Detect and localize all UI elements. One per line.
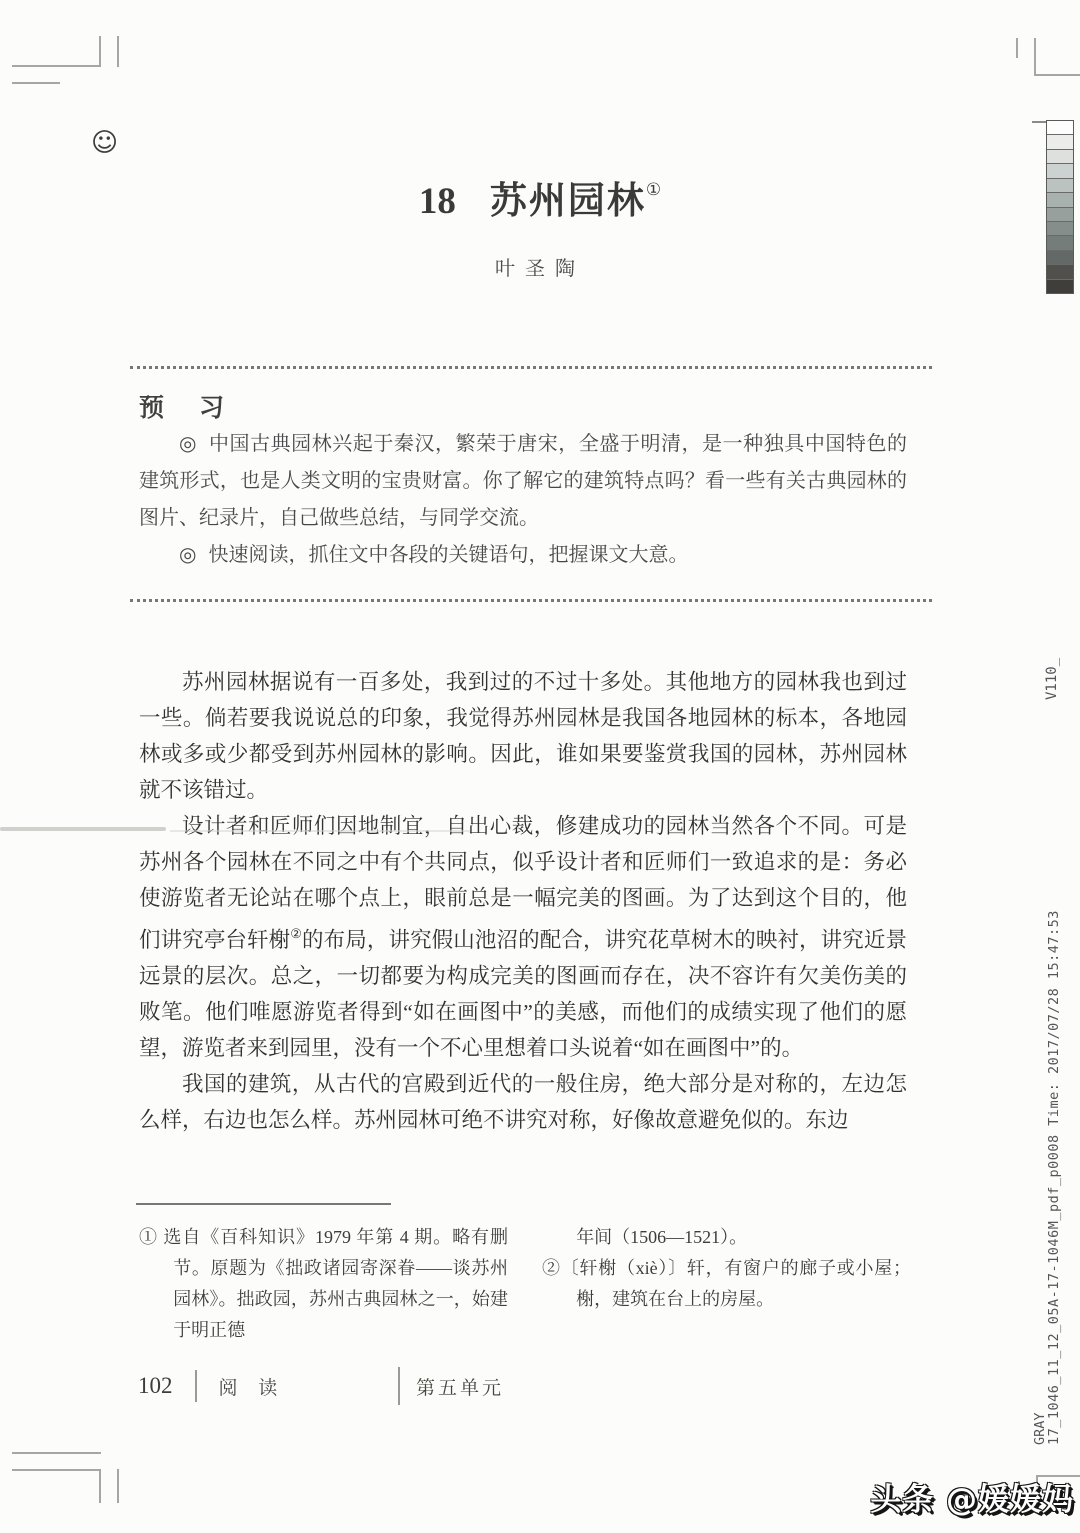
page-number: 102: [138, 1373, 173, 1399]
dotted-divider-bottom: [130, 599, 932, 602]
scan-smudge: [0, 827, 166, 831]
crop-mark: [117, 1469, 119, 1503]
bullet-icon: ◎: [179, 433, 197, 455]
calibration-step: [1047, 221, 1073, 235]
footnote-1-continuation: 年间（1506—1521）。: [542, 1222, 911, 1253]
footer-section-label: 阅 读: [219, 1373, 286, 1400]
crop-mark: [12, 1452, 101, 1454]
footer-left: 102 阅 读: [138, 1370, 285, 1402]
calibration-step: [1047, 264, 1073, 278]
bullet-icon: ◎: [179, 544, 196, 566]
smiley-face-icon: ☺: [91, 128, 118, 158]
calibration-step: [1047, 149, 1073, 163]
crop-mark: [12, 65, 101, 67]
footer-unit-label: 第五单元: [416, 1373, 504, 1400]
body-paragraph-3: 我国的建筑，从古代的宫殿到近代的一般住房，绝大部分是对称的，左边怎么样，右边也怎…: [139, 1066, 907, 1138]
crop-mark: [99, 1469, 101, 1503]
preview-item: ◎快速阅读，抓住文中各段的关键语句，把握课文大意。: [139, 537, 907, 574]
file-id-vertical: 17_1046_11_12_05A-17-1046M_pdf_p0008 Tim…: [1046, 945, 1062, 1445]
footnotes: ① 选自《百科知识》1979 年第 4 期。略有删节。原题为《拙政诸园寄深眷——…: [139, 1222, 911, 1346]
crop-mark: [1034, 38, 1036, 76]
lesson-title: 18苏州园林①: [120, 170, 960, 224]
footnote-1: ① 选自《百科知识》1979 年第 4 期。略有删节。原题为《拙政诸园寄深眷——…: [139, 1222, 508, 1346]
title-footnote-marker: ①: [646, 180, 661, 199]
scanned-textbook-page: ☺ 18苏州园林① 叶圣陶 预 习 ◎中国古典园林兴起于秦汉，繁荣于唐宋，全盛于…: [0, 0, 1080, 1533]
calibration-step: [1047, 192, 1073, 206]
footer-right: 第五单元: [398, 1367, 504, 1405]
watermark-text: 头条 @媛媛妈: [870, 1474, 1074, 1519]
footnote-column-left: ① 选自《百科知识》1979 年第 4 期。略有删节。原题为《拙政诸园寄深眷——…: [139, 1222, 508, 1346]
author-name: 叶圣陶: [120, 252, 960, 281]
calibration-step: [1047, 235, 1073, 249]
calibration-step: [1047, 207, 1073, 221]
footnote-column-right: 年间（1506—1521）。 ②〔轩榭（xiè）〕轩，有窗户的廊子或小屋；榭，建…: [542, 1222, 911, 1346]
crop-mark: [12, 1469, 101, 1471]
grayscale-calibration-strip: [1046, 120, 1074, 294]
body-paragraph-2: 设计者和匠师们因地制宜，自出心裁，修建成功的园林当然各个不同。可是苏州各个园林在…: [139, 808, 907, 1066]
version-code-vertical: V110_: [1044, 640, 1060, 700]
crop-mark: [99, 36, 101, 67]
preview-body: ◎中国古典园林兴起于秦汉，繁荣于唐宋，全盛于明清，是一种独具中国特色的建筑形式，…: [139, 426, 907, 574]
calibration-step: [1047, 163, 1073, 177]
footnote-2: ②〔轩榭（xiè）〕轩，有窗户的廊子或小屋；榭，建筑在台上的房屋。: [542, 1253, 911, 1315]
calibration-step: [1047, 178, 1073, 192]
crop-mark: [1034, 74, 1080, 76]
calibration-step: [1047, 250, 1073, 264]
dotted-divider-top: [130, 366, 932, 369]
footer-divider: [195, 1370, 197, 1402]
preview-item-text: 快速阅读，抓住文中各段的关键语句，把握课文大意。: [208, 544, 688, 566]
calibration-step: [1047, 279, 1073, 293]
crop-mark: [1016, 38, 1018, 58]
lesson-body: 苏州园林据说有一百多处，我到过的不过十多处。其他地方的园林我也到过一些。倘若要我…: [139, 664, 907, 1138]
calibration-step: [1047, 121, 1073, 134]
footnote-marker: ②: [290, 926, 302, 941]
footer-divider: [398, 1367, 400, 1405]
paragraph-text: 我国的建筑，从古代的宫殿到近代的一般住房，绝大部分是对称的，左边怎么样，右边也怎…: [139, 1072, 907, 1132]
lesson-title-text: 苏州园林: [490, 181, 646, 222]
crop-mark: [12, 82, 60, 84]
preview-item-text: 中国古典园林兴起于秦汉，繁荣于唐宋，全盛于明清，是一种独具中国特色的建筑形式，也…: [139, 433, 907, 529]
crop-mark: [117, 36, 119, 67]
calibration-step: [1047, 134, 1073, 148]
scan-smudge: [170, 830, 470, 832]
paragraph-text: 苏州园林据说有一百多处，我到过的不过十多处。其他地方的园林我也到过一些。倘若要我…: [139, 670, 907, 802]
preview-item: ◎中国古典园林兴起于秦汉，繁荣于唐宋，全盛于明清，是一种独具中国特色的建筑形式，…: [139, 426, 907, 537]
lesson-number: 18: [419, 181, 456, 222]
footnote-separator: [136, 1203, 391, 1205]
gray-label-vertical: GRAY: [1032, 1390, 1048, 1445]
preview-heading: 预 习: [139, 388, 238, 424]
body-paragraph-1: 苏州园林据说有一百多处，我到过的不过十多处。其他地方的园林我也到过一些。倘若要我…: [139, 664, 907, 808]
calibration-tick: [1032, 121, 1046, 123]
